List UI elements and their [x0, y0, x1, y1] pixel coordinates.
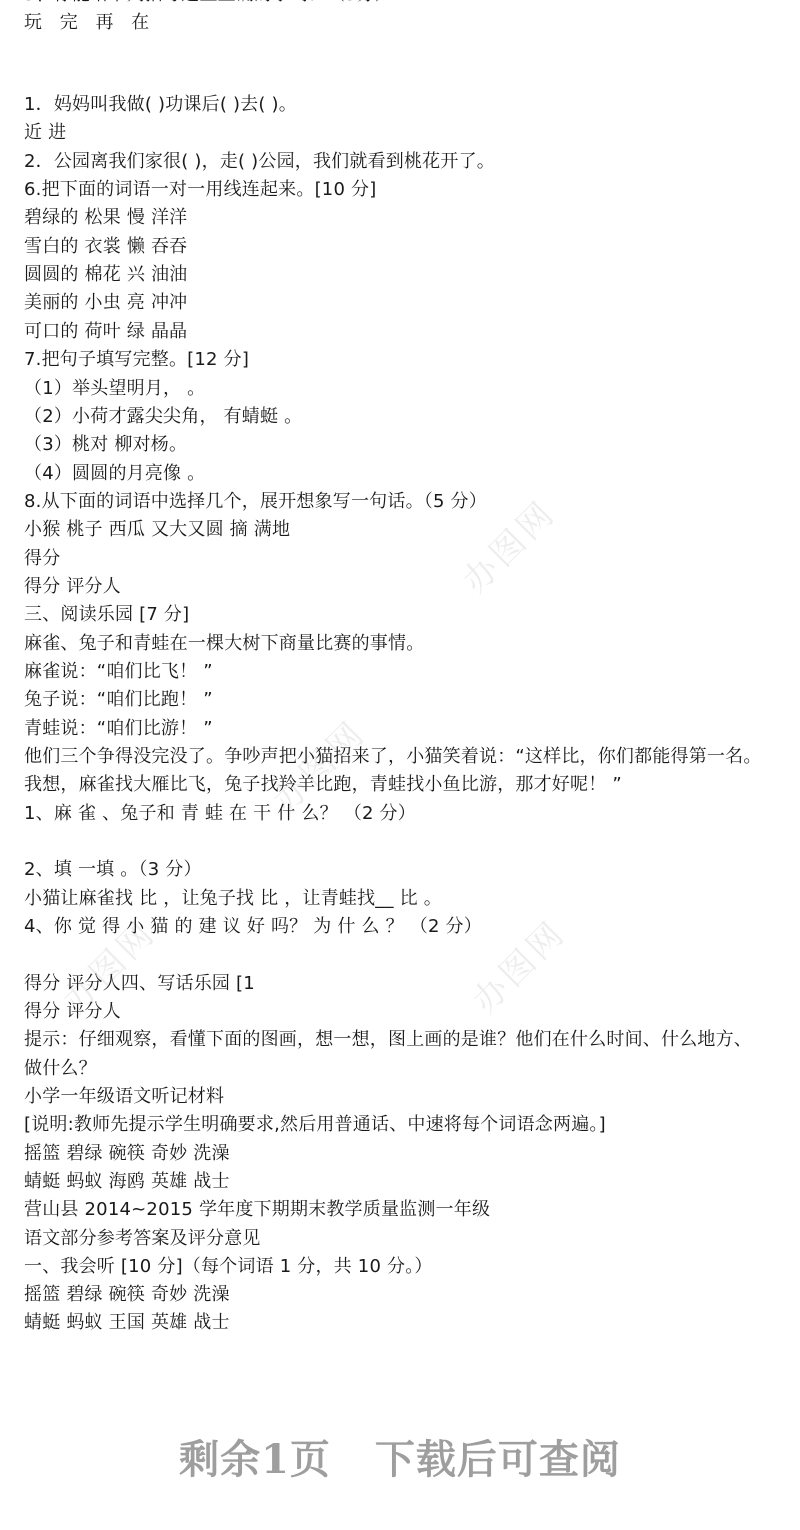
- text-line: 雪白的 衣裳 懒 吞吞: [24, 233, 187, 261]
- text-line: 4、你 觉 得 小 猫 的 建 议 好 吗？ 为 什 么 ？ （2 分）: [24, 913, 482, 941]
- download-banner[interactable]: 剩余1页下载后可查阅: [0, 1428, 800, 1485]
- text-line: 小学一年级语文听记材料: [24, 1083, 224, 1111]
- text-line: 做什么？: [24, 1055, 97, 1083]
- text-line: 兔子说：“咱们比跑！ ”: [24, 686, 213, 714]
- text-line: （4）圆圆的月亮像 。: [24, 460, 205, 488]
- text-line: 麻雀、兔子和青蛙在一棵大树下商量比赛的事情。: [24, 630, 424, 658]
- text-line: （2）小荷才露尖尖角， 有蜻蜓 。: [24, 403, 302, 431]
- cutoff-heading-line: 5、你能给下列括号选上正确的字吗？（3分）: [24, 0, 393, 9]
- text-line: 得分 评分人: [24, 573, 121, 601]
- text-line: 摇篮 碧绿 碗筷 奇妙 洗澡: [24, 1140, 230, 1168]
- text-line: 小猴 桃子 西瓜 又大又圆 摘 满地: [24, 516, 290, 544]
- text-line: 2．公园离我们家很( )，走( )公园，我们就看到桃花开了。: [24, 148, 495, 176]
- text-line: 提示：仔细观察，看懂下面的图画，想一想，图上画的是谁？他们在什么时间、什么地方、: [24, 1026, 752, 1054]
- text-line: 摇篮 碧绿 碗筷 奇妙 洗澡: [24, 1281, 230, 1309]
- text-line: 2、填 一填 。（3 分）: [24, 856, 202, 884]
- text-line: 小猫让麻雀找 比 ，让兔子找 比 ，让青蛙找__ 比 。: [24, 885, 442, 913]
- remaining-pages-label: 剩余1页: [179, 1428, 331, 1485]
- text-line: 麻雀说：“咱们比飞！ ”: [24, 658, 213, 686]
- text-line: 语文部分参考答案及评分意见: [24, 1225, 261, 1253]
- document-page: 5、你能给下列括号选上正确的字吗？（3分） 玩 完 再 在1．妈妈叫我做( )功…: [0, 0, 800, 1530]
- text-line: 玩 完 再 在: [24, 9, 155, 37]
- text-line: 近 进: [24, 119, 66, 147]
- text-line: 蜻蜓 蚂蚁 王国 英雄 战士: [24, 1309, 230, 1337]
- text-line: 碧绿的 松果 慢 洋洋: [24, 204, 187, 232]
- text-line: 蜻蜓 蚂蚁 海鸥 英雄 战士: [24, 1168, 230, 1196]
- text-line: 圆圆的 棉花 兴 油油: [24, 261, 187, 289]
- text-line: 青蛙说：“咱们比游！ ”: [24, 715, 213, 743]
- text-line: [说明:教师先提示学生明确要求,然后用普通话、中速将每个词语念两遍。]: [24, 1111, 606, 1139]
- text-line: 一、我会听 [10 分]（每个词语 1 分，共 10 分。）: [24, 1253, 433, 1281]
- text-line: （1）举头望明月， 。: [24, 375, 205, 403]
- text-line: （3）桃对 柳对杨。: [24, 431, 187, 459]
- text-line: 6.把下面的词语一对一用线连起来。[10 分]: [24, 176, 376, 204]
- text-line: 他们三个争得没完没了。争吵声把小猫招来了，小猫笑着说：“这样比，你们都能得第一名…: [24, 743, 762, 771]
- text-line: 7.把句子填写完整。[12 分]: [24, 346, 249, 374]
- text-line: 营山县 2014~2015 学年度下期期末教学质量监测一年级: [24, 1196, 490, 1224]
- download-prompt-label[interactable]: 下载后可查阅: [375, 1428, 621, 1485]
- text-line: 美丽的 小虫 亮 冲冲: [24, 289, 187, 317]
- text-line: 可口的 荷叶 绿 晶晶: [24, 318, 187, 346]
- text-line: 得分 评分人: [24, 998, 121, 1026]
- text-line: 1．妈妈叫我做( )功课后( )去( )。: [24, 91, 297, 119]
- text-line: 得分: [24, 545, 60, 573]
- text-line: 1、麻 雀 、兔子和 青 蛙 在 干 什 么？ （2 分）: [24, 800, 416, 828]
- text-line: 三、阅读乐园 [7 分]: [24, 601, 189, 629]
- text-line: 8.从下面的词语中选择几个，展开想象写一句话。（5 分）: [24, 488, 487, 516]
- text-line: 得分 评分人四、写话乐园 [1: [24, 970, 255, 998]
- text-line: 我想，麻雀找大雁比飞，兔子找羚羊比跑，青蛙找小鱼比游，那才好呢！ ”: [24, 771, 622, 799]
